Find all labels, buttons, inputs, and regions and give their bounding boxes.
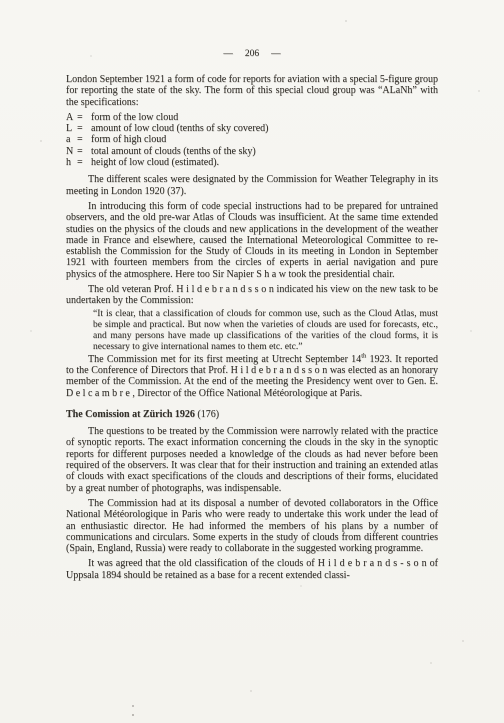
code-letter: N (66, 146, 77, 157)
code-description: form of high cloud (91, 134, 438, 145)
section-heading-text: The Comission at Zürich 1926 (66, 409, 195, 420)
paragraph-collaborators: The Commission had at its disposal a num… (66, 498, 438, 554)
scan-noise-specks (0, 0, 2, 2)
code-description: amount of low cloud (tenths of sky cover… (91, 123, 438, 134)
utrecht-text-start: The Commission met for its first meeting… (88, 354, 361, 365)
definition-row: A = form of the low cloud (66, 112, 438, 123)
definition-row: h = height of low cloud (estimated). (66, 157, 438, 168)
page-number: 206 (245, 49, 259, 60)
code-letter: a (66, 134, 77, 145)
equals-sign: = (77, 157, 91, 168)
code-letter-definitions: A = form of the low cloud L = amount of … (66, 112, 438, 168)
equals-sign: = (77, 123, 91, 134)
equals-sign: = (77, 134, 91, 145)
blockquote-hildebrandsson: “It is clear, that a classification of c… (93, 309, 438, 354)
section-heading-zurich-1926: The Comission at Zürich 1926 (176) (66, 409, 438, 420)
header-dash-left: — (223, 49, 233, 60)
code-description: form of the low cloud (91, 112, 438, 123)
paragraph-aviation-code: London September 1921 a form of code for… (66, 74, 438, 108)
paragraph-scales-designated: The different scales were designated by … (66, 174, 438, 197)
code-letter: L (66, 123, 77, 134)
section-heading-reference: (176) (197, 409, 219, 420)
definition-row: N = total amount of clouds (tenths of th… (66, 146, 438, 157)
code-letter: A (66, 112, 77, 123)
code-description: height of low cloud (estimated). (91, 157, 438, 168)
header-dash-right: — (271, 49, 281, 60)
definition-row: L = amount of low cloud (tenths of sky c… (66, 123, 438, 134)
paragraph-hildebrandsson-view: The old veteran Prof. H i l d e b r a n … (66, 284, 438, 307)
equals-sign: = (77, 146, 91, 157)
page-header: — 206 — (66, 49, 438, 60)
paragraph-utrecht-meeting: The Commission met for its first meeting… (66, 354, 438, 399)
scanned-book-page: — 206 — London September 1921 a form of … (0, 0, 504, 723)
equals-sign: = (77, 112, 91, 123)
paragraph-commission-reestablished: In introducing this form of code special… (66, 201, 438, 280)
paragraph-classification-agreed: It was agreed that the old classificatio… (66, 558, 438, 581)
paragraph-synoptic-questions: The questions to be treated by the Commi… (66, 426, 438, 494)
code-letter: h (66, 157, 77, 168)
definition-row: a = form of high cloud (66, 134, 438, 145)
code-description: total amount of clouds (tenths of the sk… (91, 146, 438, 157)
